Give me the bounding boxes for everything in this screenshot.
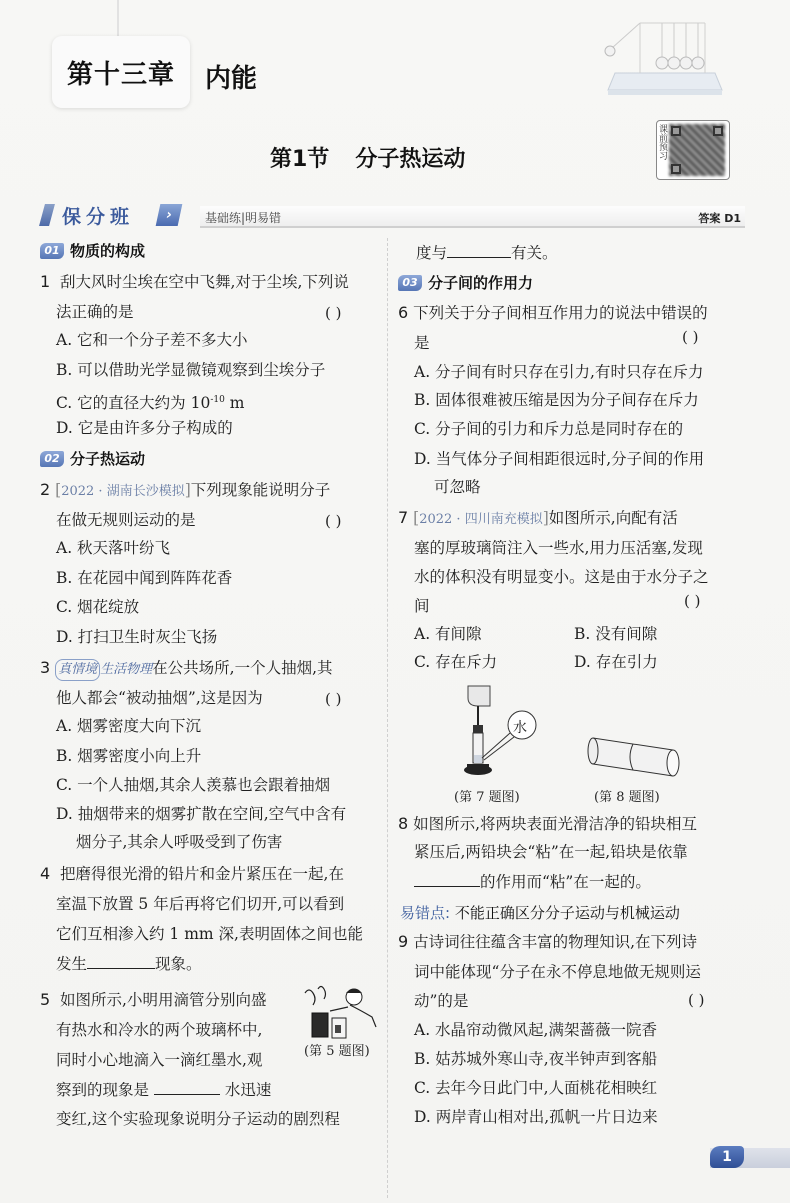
page-number: 1 xyxy=(710,1146,744,1168)
question-9-line: 词中能体现“分子在永不停息地做无规则运 xyxy=(414,962,701,982)
question-number: 5 xyxy=(40,990,50,1009)
option-d: D. 打扫卫生时灰尘飞扬 xyxy=(56,627,217,647)
question-number: 1 xyxy=(40,272,50,291)
figure-5-illustration xyxy=(300,985,380,1040)
topic-title: 分子热运动 xyxy=(70,448,145,469)
unit: m xyxy=(225,394,245,412)
question-text: 刮大风时尘埃在空中飞舞,对于尘埃,下列说 xyxy=(60,273,349,291)
text: 的作用而“粘”在一起的。 xyxy=(480,873,651,891)
answer-paren[interactable]: ( ) xyxy=(688,991,704,1009)
option-c: C. 去年今日此门中,人面桃花相映红 xyxy=(414,1078,657,1098)
column-divider xyxy=(387,238,388,1198)
question-5-line: 5 如图所示,小明用滴管分别向盛 xyxy=(40,990,266,1010)
question-5-line: 变红,这个实验现象说明分子运动的剧烈程 xyxy=(56,1109,340,1129)
text: 有关。 xyxy=(511,244,558,262)
exponent: -10 xyxy=(210,395,225,405)
question-text: 下列现象能说明分子 xyxy=(191,481,331,499)
qr-label: 课前预习 xyxy=(656,124,668,160)
chapter-title: 内能 xyxy=(205,58,257,95)
question-9-line: 9 古诗词往往蕴含丰富的物理知识,在下列诗 xyxy=(398,932,697,952)
fill-blank[interactable] xyxy=(154,1081,220,1095)
qr-finder-icon xyxy=(713,126,723,136)
option-a: A. 秋天落叶纷飞 xyxy=(56,538,170,558)
option-c: C. 烟花绽放 xyxy=(56,597,139,617)
banner-bar xyxy=(200,206,745,228)
text: 水迅速 xyxy=(225,1081,272,1099)
fill-blank[interactable] xyxy=(414,873,480,887)
section-title: 第1节分子热运动 xyxy=(270,142,465,173)
option-c: C. 分子间的引力和斥力总是同时存在的 xyxy=(414,419,683,439)
question-1-line: 法正确的是 xyxy=(56,302,134,322)
section-number: 第1节 xyxy=(270,147,329,172)
question-1-line: 1 刮大风时尘埃在空中飞舞,对于尘埃,下列说 xyxy=(40,272,349,292)
question-5-continued: 度与有关。 xyxy=(416,243,558,263)
question-number: 2 xyxy=(40,480,50,499)
figure-8-lead-blocks-illustration xyxy=(585,730,685,780)
question-number: 9 xyxy=(398,932,408,951)
option-a: A. 它和一个分子差不多大小 xyxy=(56,330,248,350)
option-b: B. 固体很难被压缩是因为分子间存在斥力 xyxy=(414,390,699,410)
text: 度与 xyxy=(416,244,447,262)
figure-8-caption: (第 8 题图) xyxy=(594,786,660,805)
question-4-line: 发生现象。 xyxy=(56,954,202,974)
fill-blank[interactable] xyxy=(447,244,511,258)
question-text: 如图所示,小明用滴管分别向盛 xyxy=(60,991,266,1009)
option-d: D. 存在引力 xyxy=(574,652,658,672)
question-5-line: 同时小心地滴入一滴红墨水,观 xyxy=(56,1050,262,1070)
question-9-line: 动”的是 xyxy=(414,991,468,1011)
source-place: 四川南充模拟 xyxy=(465,512,543,527)
text: 察到的现象是 xyxy=(56,1081,149,1099)
question-6-line: 6 下列关于分子间相互作用力的说法中错误的 xyxy=(398,303,708,323)
source-dot: · xyxy=(94,484,106,499)
option-a: A. 烟雾密度大向下沉 xyxy=(56,716,201,736)
question-7-line: 7 [2022 · 四川南充模拟]如图所示,向配有活 xyxy=(398,508,678,530)
topic-heading-01: 01 物质的构成 xyxy=(40,240,145,261)
topic-badge: 02 xyxy=(40,451,64,467)
mistake-label: 易错点: xyxy=(400,904,450,922)
topic-title: 物质的构成 xyxy=(70,240,145,261)
question-5-line: 察到的现象是 水迅速 xyxy=(56,1080,271,1100)
question-7-line: 塞的厚玻璃筒注入一些水,用力压活塞,发现 xyxy=(414,538,703,558)
question-5-line: 有热水和冷水的两个玻璃杯中, xyxy=(56,1020,262,1040)
figure-5-caption: (第 5 题图) xyxy=(304,1040,370,1059)
option-b: B. 没有间隙 xyxy=(574,624,657,644)
text: 发生 xyxy=(56,955,87,973)
option-d: D. 抽烟带来的烟雾扩散在空间,空气中含有 xyxy=(56,804,346,824)
question-text: 在公共场所,一个人抽烟,其 xyxy=(152,659,332,677)
chevron-right-icon: › xyxy=(156,204,183,226)
question-8-line: 紧压后,两铅块会“粘”在一起,铅块是依靠 xyxy=(414,842,688,862)
answer-paren[interactable]: ( ) xyxy=(325,304,341,322)
question-3-line: 3 真情境生活物理在公共场所,一个人抽烟,其 xyxy=(40,658,333,681)
topic-badge: 01 xyxy=(40,243,64,259)
topic-title: 分子间的作用力 xyxy=(428,272,533,293)
figure-7-caption: (第 7 题图) xyxy=(454,786,520,805)
answer-paren[interactable]: ( ) xyxy=(325,690,341,708)
section-name: 分子热运动 xyxy=(355,147,465,172)
question-2-line: 2 [2022 · 湖南长沙模拟]下列现象能说明分子 xyxy=(40,480,330,502)
option-b: B. 烟雾密度小向上升 xyxy=(56,746,201,766)
question-text: 下列关于分子间相互作用力的说法中错误的 xyxy=(413,304,708,322)
context-subtag: 生活物理 xyxy=(100,662,152,677)
option-text: C. 它的直径大约为 10 xyxy=(56,394,210,412)
question-number: 6 xyxy=(398,303,408,322)
answer-reference: 答案 D1 xyxy=(698,210,741,226)
mistake-text: 不能正确区分分子运动与机械运动 xyxy=(455,904,680,922)
question-7-line: 间 xyxy=(414,596,430,616)
figure-7-water-label: 水 xyxy=(513,717,527,737)
topic-badge: 03 xyxy=(398,275,422,291)
option-b: B. 可以借助光学显微镜观察到尘埃分子 xyxy=(56,360,325,380)
banner-subtitle: 基础练|明易错 xyxy=(205,209,281,226)
chapter-number-box: 第十三章 xyxy=(52,36,190,108)
question-4-line: 4 把磨得很光滑的铅片和金片紧压在一起,在 xyxy=(40,864,344,884)
option-b: B. 在花园中闻到阵阵花香 xyxy=(56,568,232,588)
context-tag: 真情境 xyxy=(55,659,100,681)
question-number: 8 xyxy=(398,814,408,833)
source-year: 2022 xyxy=(419,512,452,527)
topic-heading-03: 03 分子间的作用力 xyxy=(398,272,533,293)
question-number: 7 xyxy=(398,508,408,527)
textbook-page: 第十三章 内能 第1节分子热运动 课前预习 保分班 › 基础练|明易错 答案 D… xyxy=(0,0,790,1203)
source-dot: · xyxy=(452,512,464,527)
question-text: 如图所示,向配有活 xyxy=(549,509,678,527)
text: 现象。 xyxy=(155,955,202,973)
banner-slash-icon xyxy=(39,204,55,226)
mistake-point: 易错点: 不能正确区分分子运动与机械运动 xyxy=(400,902,680,923)
answer-paren[interactable]: ( ) xyxy=(684,592,700,610)
option-a: A. 分子间有时只存在引力,有时只存在斥力 xyxy=(414,362,703,382)
option-b: B. 姑苏城外寒山寺,夜半钟声到客船 xyxy=(414,1049,657,1069)
option-d: D. 两岸青山相对出,孤帆一片日边来 xyxy=(414,1107,658,1127)
option-c: C. 它的直径大约为 10-10 m xyxy=(56,390,244,413)
option-d-cont: 可忽略 xyxy=(434,477,481,497)
answer-paren[interactable]: ( ) xyxy=(325,512,341,530)
option-d: D. 它是由许多分子构成的 xyxy=(56,418,233,438)
question-4-line: 它们互相渗入约 1 mm 深,表明固体之间也能 xyxy=(56,924,363,944)
option-d-cont: 烟分子,其余人呼吸受到了伤害 xyxy=(76,832,282,852)
question-text: 古诗词往往蕴含丰富的物理知识,在下列诗 xyxy=(413,933,697,951)
banner-title: 保分班 xyxy=(62,202,134,229)
question-3-line: 他人都会“被动抽烟”,这是因为 xyxy=(56,688,263,708)
qr-finder-icon xyxy=(671,126,681,136)
option-a: A. 有间隙 xyxy=(414,624,482,644)
option-c: C. 存在斥力 xyxy=(414,652,497,672)
question-2-line: 在做无规则运动的是 xyxy=(56,510,196,530)
question-number: 4 xyxy=(40,864,50,883)
option-a: A. 水晶帘动微风起,满架蔷薇一院香 xyxy=(414,1020,657,1040)
question-7-line: 水的体积没有明显变小。这是由于水分子之 xyxy=(414,567,709,587)
option-c: C. 一个人抽烟,其余人羡慕也会跟着抽烟 xyxy=(56,775,330,795)
newtons-cradle-illustration xyxy=(600,8,730,98)
topic-heading-02: 02 分子热运动 xyxy=(40,448,145,469)
option-d: D. 当气体分子间相距很远时,分子间的作用 xyxy=(414,449,704,469)
question-8-line: 8 如图所示,将两块表面光滑洁净的铅块相互 xyxy=(398,814,697,834)
level-banner: 保分班 › 基础练|明易错 答案 D1 xyxy=(40,202,745,228)
question-4-line: 室温下放置 5 年后再将它们切开,可以看到 xyxy=(56,894,344,914)
chapter-number: 第十三章 xyxy=(67,54,175,91)
source-year: 2022 xyxy=(61,484,94,499)
question-number: 3 xyxy=(40,658,50,677)
qr-finder-icon xyxy=(671,164,681,174)
question-text: 把磨得很光滑的铅片和金片紧压在一起,在 xyxy=(60,865,344,883)
question-6-line: 是 xyxy=(414,333,430,353)
question-8-line: 的作用而“粘”在一起的。 xyxy=(414,872,651,892)
source-place: 湖南长沙模拟 xyxy=(107,484,185,499)
decorative-line xyxy=(117,0,119,36)
question-text: 如图所示,将两块表面光滑洁净的铅块相互 xyxy=(413,815,697,833)
fill-blank[interactable] xyxy=(87,955,155,969)
answer-paren[interactable]: ( ) xyxy=(682,328,698,346)
